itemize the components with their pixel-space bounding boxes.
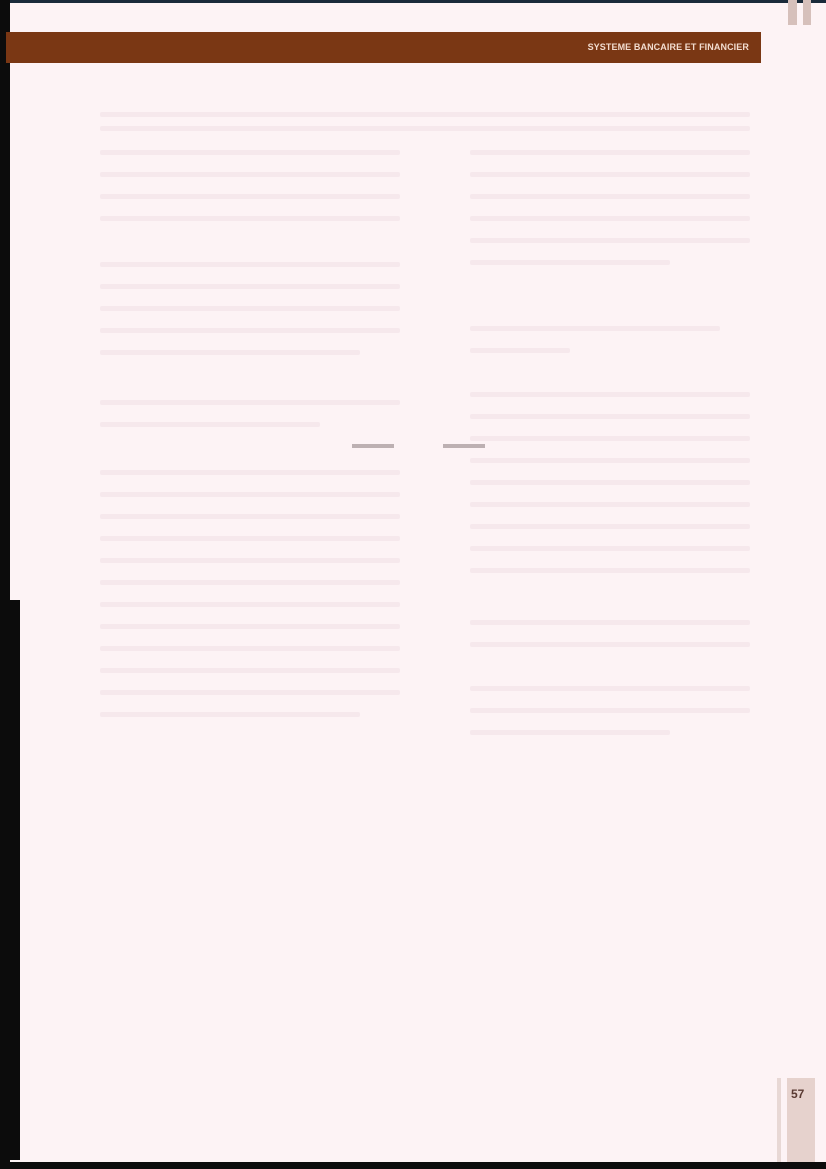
scan-top-edge [0,0,826,3]
scan-left-shadow [0,600,20,1160]
section-header-band: SYSTEME BANCAIRE ET FINANCIER [6,32,761,63]
section-title: SYSTEME BANCAIRE ET FINANCIER [588,42,749,52]
chapter-tabs [766,0,826,70]
faint-mark [352,444,394,448]
chapter-tab [788,0,797,25]
scan-bottom-edge [0,1162,826,1169]
page-number-tab: 57 [787,1078,815,1162]
chapter-tab [803,0,811,25]
faint-mark [443,444,485,448]
page-edge-strip [777,1078,781,1162]
page-number: 57 [791,1087,804,1101]
